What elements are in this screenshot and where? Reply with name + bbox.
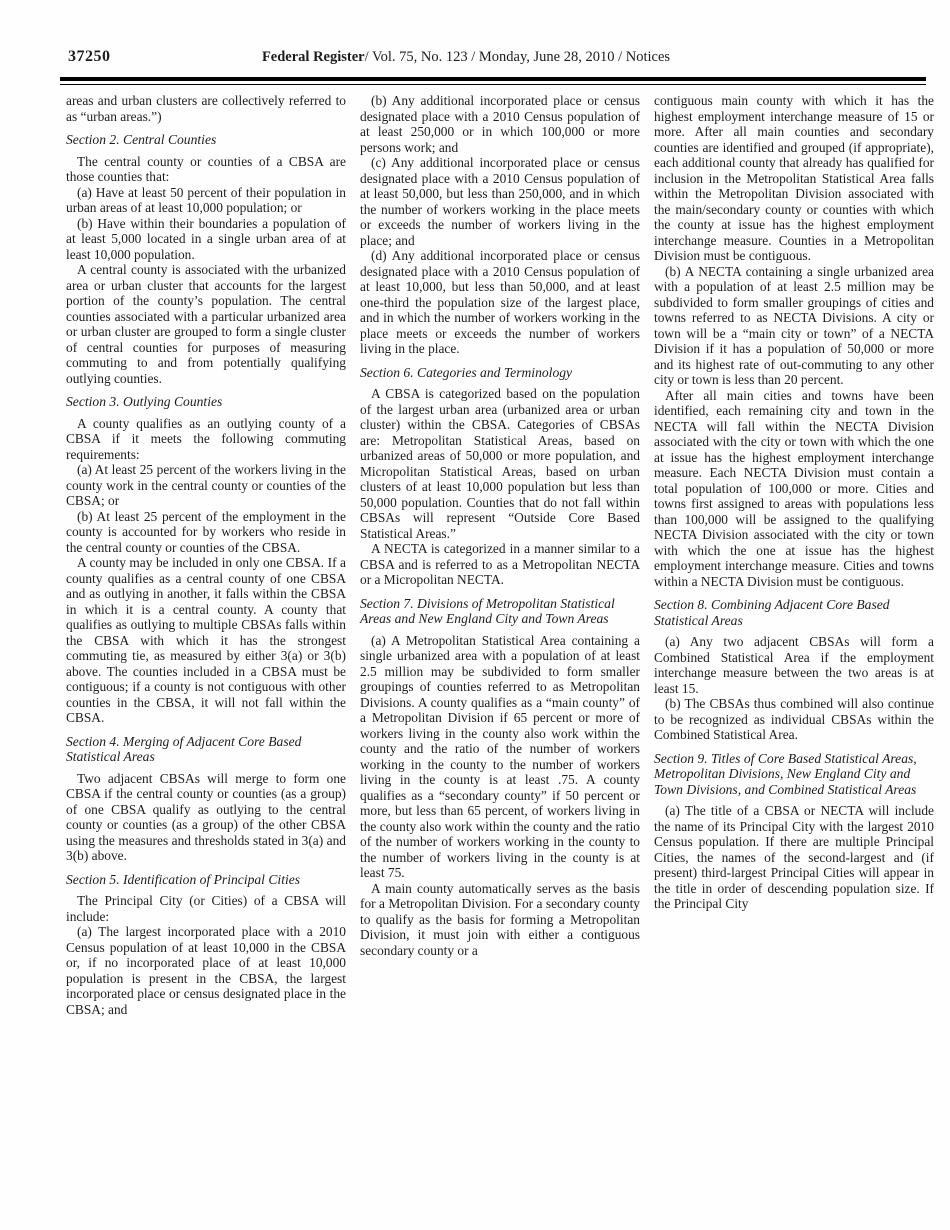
federal-register-page: 37250 Federal Register/ Vol. 75, No. 123… bbox=[0, 0, 950, 1230]
paragraph: Two adjacent CBSAs will merge to form on… bbox=[66, 771, 346, 864]
header-rule-thin bbox=[60, 84, 926, 86]
paragraph: (b) At least 25 percent of the employmen… bbox=[66, 509, 346, 556]
paragraph: (b) A NECTA containing a single urbanize… bbox=[654, 264, 934, 388]
header-title: Federal Register/ Vol. 75, No. 123 / Mon… bbox=[66, 49, 866, 66]
paragraph: (a) Have at least 50 percent of their po… bbox=[66, 185, 346, 216]
issue-info: / Vol. 75, No. 123 / Monday, June 28, 20… bbox=[365, 49, 670, 65]
paragraph: After all main cities and towns have bee… bbox=[654, 388, 934, 590]
paragraph: areas and urban clusters are collectivel… bbox=[66, 93, 346, 124]
paragraph: The central county or counties of a CBSA… bbox=[66, 154, 346, 185]
paragraph: (a) A Metropolitan Statistical Area cont… bbox=[360, 633, 640, 881]
section-heading: Section 8. Combining Adjacent Core Based… bbox=[654, 597, 934, 628]
paragraph: contiguous main county with which it has… bbox=[654, 93, 934, 264]
column-1: areas and urban clusters are collectivel… bbox=[66, 93, 346, 1017]
section-heading: Section 9. Titles of Core Based Statisti… bbox=[654, 751, 934, 798]
paragraph: (d) Any additional incorporated place or… bbox=[360, 248, 640, 357]
paragraph: A central county is associated with the … bbox=[66, 262, 346, 386]
header-rule bbox=[60, 77, 926, 85]
column-3: contiguous main county with which it has… bbox=[654, 93, 934, 1017]
paragraph: A CBSA is categorized based on the popul… bbox=[360, 386, 640, 541]
header-rule-thick bbox=[60, 77, 926, 81]
paragraph: (b) Any additional incorporated place or… bbox=[360, 93, 640, 155]
paragraph: (a) At least 25 percent of the workers l… bbox=[66, 462, 346, 509]
content-columns: areas and urban clusters are collectivel… bbox=[66, 93, 934, 1017]
paragraph: A main county automatically serves as th… bbox=[360, 881, 640, 959]
paragraph: (a) Any two adjacent CBSAs will form a C… bbox=[654, 634, 934, 696]
column-2: (b) Any additional incorporated place or… bbox=[360, 93, 640, 1017]
section-heading: Section 5. Identification of Principal C… bbox=[66, 872, 346, 888]
paragraph: A county may be included in only one CBS… bbox=[66, 555, 346, 726]
section-heading: Section 3. Outlying Counties bbox=[66, 394, 346, 410]
paragraph: The Principal City (or Cities) of a CBSA… bbox=[66, 893, 346, 924]
section-heading: Section 6. Categories and Terminology bbox=[360, 365, 640, 381]
journal-name: Federal Register bbox=[262, 49, 365, 65]
page-header: 37250 Federal Register/ Vol. 75, No. 123… bbox=[66, 48, 926, 70]
section-heading: Section 4. Merging of Adjacent Core Base… bbox=[66, 734, 346, 765]
paragraph: (c) Any additional incorporated place or… bbox=[360, 155, 640, 248]
section-heading: Section 7. Divisions of Metropolitan Sta… bbox=[360, 596, 640, 627]
paragraph: (b) The CBSAs thus combined will also co… bbox=[654, 696, 934, 743]
paragraph: (a) The largest incorporated place with … bbox=[66, 924, 346, 1017]
paragraph: A NECTA is categorized in a manner simil… bbox=[360, 541, 640, 588]
section-heading: Section 2. Central Counties bbox=[66, 132, 346, 148]
paragraph: A county qualifies as an outlying county… bbox=[66, 416, 346, 463]
paragraph: (b) Have within their boundaries a popul… bbox=[66, 216, 346, 263]
paragraph: (a) The title of a CBSA or NECTA will in… bbox=[654, 803, 934, 912]
